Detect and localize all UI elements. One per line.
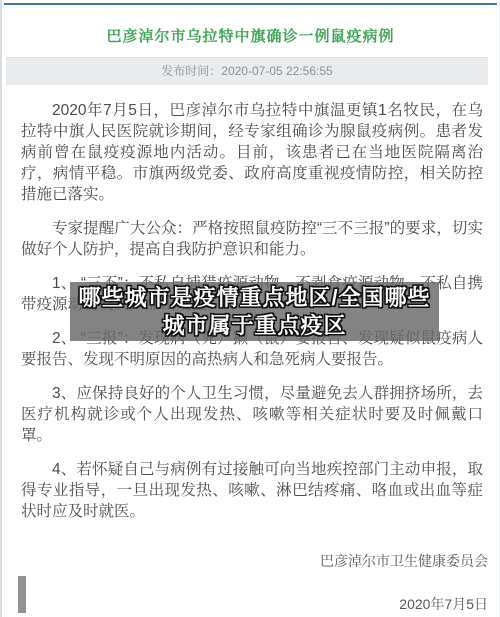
paragraph-case-report: 2020年7月5日，巴彦淖尔市乌拉特中旗温更镇1名牧民，在乌拉特中旗人民医院就诊… xyxy=(21,100,483,205)
paragraph-rule-3: 3、应保持良好的个人卫生习惯，尽量避免去人群拥挤场所，去医疗机构就诊或个人出现发… xyxy=(21,383,483,446)
page-title: 巴彦淖尔市乌拉特中旗确诊一例鼠疫病例 xyxy=(2,25,499,46)
bottom-left-gray-bar xyxy=(18,576,26,613)
paragraph-rule-4: 4、若怀疑自己与病例有过接触可向当地疾控部门主动申报，取得专业指导，一旦出现发热… xyxy=(21,459,483,522)
publish-time-bar: 发布时间：2020-07-05 22:56:55 xyxy=(6,57,488,85)
subtitle-line-1: 哪些城市是疫情重点地区/全国哪些 xyxy=(78,284,430,312)
subtitle-line-2: 城市属于重点疫区 xyxy=(162,312,346,340)
paragraph-expert-notice: 专家提醒广大公众：严格按照鼠疫防控“三不三报”的要求，切实做好个人防护，提高自我… xyxy=(21,218,483,260)
issue-date: 2020年7月5日 xyxy=(399,594,488,614)
issuing-authority: 巴彦淖尔市卫生健康委员会 xyxy=(320,551,488,571)
notice-page: 巴彦淖尔市乌拉特中旗确诊一例鼠疫病例 发布时间：2020-07-05 22:56… xyxy=(0,0,500,617)
video-subtitle-overlay: 哪些城市是疫情重点地区/全国哪些 城市属于重点疫区 xyxy=(70,282,439,341)
top-accent-rule xyxy=(4,3,497,5)
